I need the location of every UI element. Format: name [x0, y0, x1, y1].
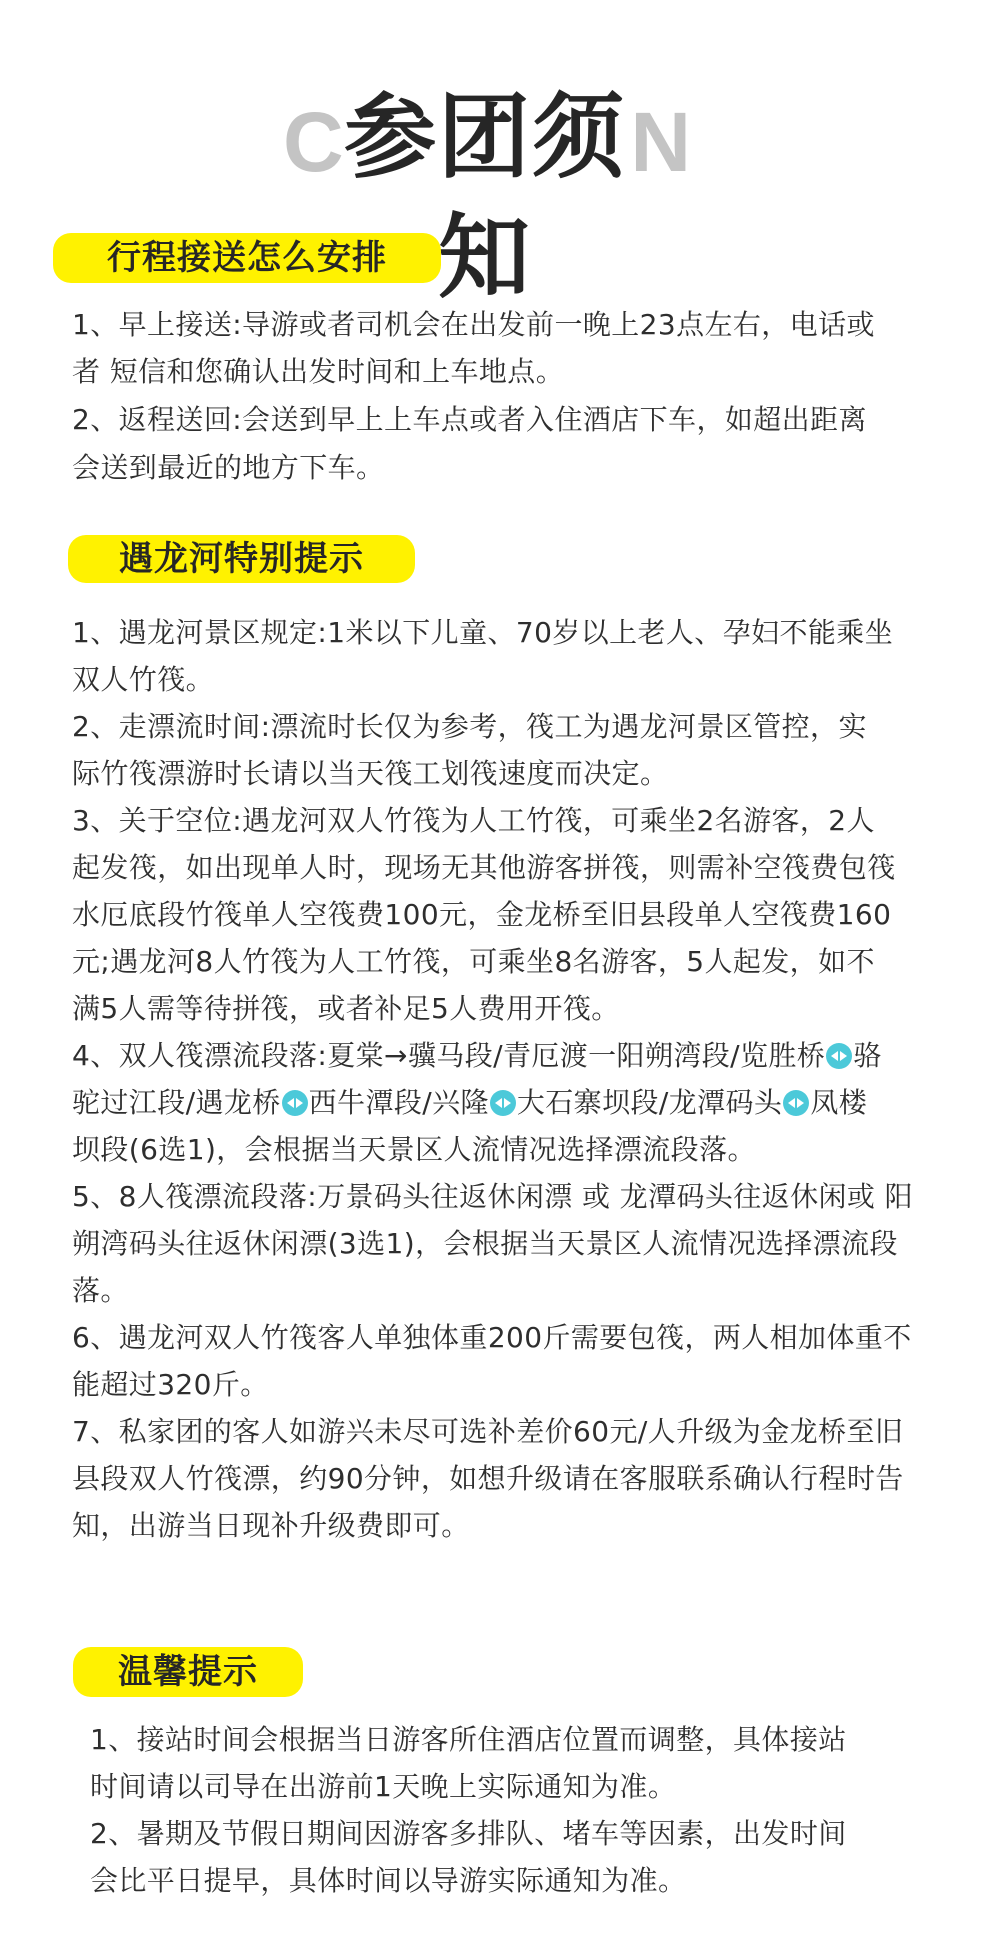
section-heading-warm-tips: 温馨提示 [73, 1647, 303, 1697]
transfer-line: 1、早上接送:导游或者司机会在出发前一晚上23点左右，电话或 [72, 308, 875, 342]
yulong-line-with-icons: 4、双人筏漂流段落:夏棠→骥马段/青厄渡一阳朔湾段/览胜桥骆 [72, 1039, 882, 1073]
route-text: 西牛潭段/兴隆 [309, 1086, 489, 1119]
yulong-line: 水厄底段竹筏单人空筏费100元，金龙桥至旧县段单人空筏费160 [72, 898, 891, 932]
page-title-block: C N 参团须知 [0, 78, 1000, 198]
yulong-line: 7、私家团的客人如游兴未尽可选补差价60元/人升级为金龙桥至旧 [72, 1415, 903, 1449]
yulong-line: 满5人需等待拼筏，或者补足5人费用开筏。 [72, 992, 620, 1026]
tips-line: 会比平日提早，具体时间以导游实际通知为准。 [90, 1864, 686, 1898]
route-text: 骆 [853, 1039, 881, 1072]
tips-line: 时间请以司导在出游前1天晚上实际通知为准。 [90, 1770, 676, 1804]
swap-icon [282, 1090, 308, 1116]
yulong-line: 6、遇龙河双人竹筏客人单独体重200斤需要包筏，两人相加体重不 [72, 1321, 912, 1355]
yulong-line: 落。 [72, 1274, 129, 1308]
transfer-line: 者 短信和您确认出发时间和上车地点。 [72, 355, 564, 389]
yulong-line: 2、走漂流时间:漂流时长仅为参考，筏工为遇龙河景区管控，实 [72, 710, 867, 744]
yulong-line: 知，出游当日现补升级费即可。 [72, 1509, 470, 1543]
yulong-line: 起发筏，如出现单人时，现场无其他游客拼筏，则需补空筏费包筏 [72, 851, 896, 885]
swap-icon [490, 1090, 516, 1116]
route-text: 大石寨坝段/龙潭码头 [517, 1086, 782, 1119]
swap-icon [783, 1090, 809, 1116]
yulong-line: 元;遇龙河8人竹筏为人工竹筏，可乘坐8名游客，5人起发，如不 [72, 945, 875, 979]
section-heading-yulong-river: 遇龙河特别提示 [68, 535, 415, 583]
yulong-line: 能超过320斤。 [72, 1368, 269, 1402]
tips-line: 2、暑期及节假日期间因游客多排队、堵车等因素，出发时间 [90, 1817, 847, 1851]
route-text: 凤楼 [810, 1086, 867, 1119]
yulong-line: 际竹筏漂游时长请以当天筏工划筏速度而决定。 [72, 757, 668, 791]
yulong-line-with-icons: 驼过江段/遇龙桥西牛潭段/兴隆大石寨坝段/龙潭码头凤楼 [72, 1086, 867, 1120]
transfer-line: 2、返程送回:会送到早上上车点或者入住酒店下车，如超出距离 [72, 403, 867, 437]
yulong-line: 1、遇龙河景区规定:1米以下儿童、70岁以上老人、孕妇不能乘坐 [72, 616, 893, 650]
swap-icon [826, 1043, 852, 1069]
yulong-line: 朔湾码头往返休闲漂(3选1)，会根据当天景区人流情况选择漂流段 [72, 1227, 898, 1261]
route-text: 驼过江段/遇龙桥 [72, 1086, 281, 1119]
tips-line: 1、接站时间会根据当日游客所住酒店位置而调整，具体接站 [90, 1723, 847, 1757]
yulong-line: 3、关于空位:遇龙河双人竹筏为人工竹筏，可乘坐2名游客，2人 [72, 804, 875, 838]
yulong-line: 双人竹筏。 [72, 663, 214, 697]
section-heading-transfer: 行程接送怎么安排 [53, 233, 441, 283]
yulong-line: 县段双人竹筏漂，约90分钟，如想升级请在客服联系确认行程时告 [72, 1462, 904, 1496]
route-text: 4、双人筏漂流段落:夏棠→骥马段/青厄渡一阳朔湾段/览胜桥 [72, 1039, 825, 1072]
yulong-line: 5、8人筏漂流段落:万景码头往返休闲漂 或 龙潭码头往返休闲或 阳 [72, 1180, 913, 1214]
transfer-line: 会送到最近的地方下车。 [72, 451, 384, 485]
yulong-line: 坝段(6选1)，会根据当天景区人流情况选择漂流段落。 [72, 1133, 756, 1167]
